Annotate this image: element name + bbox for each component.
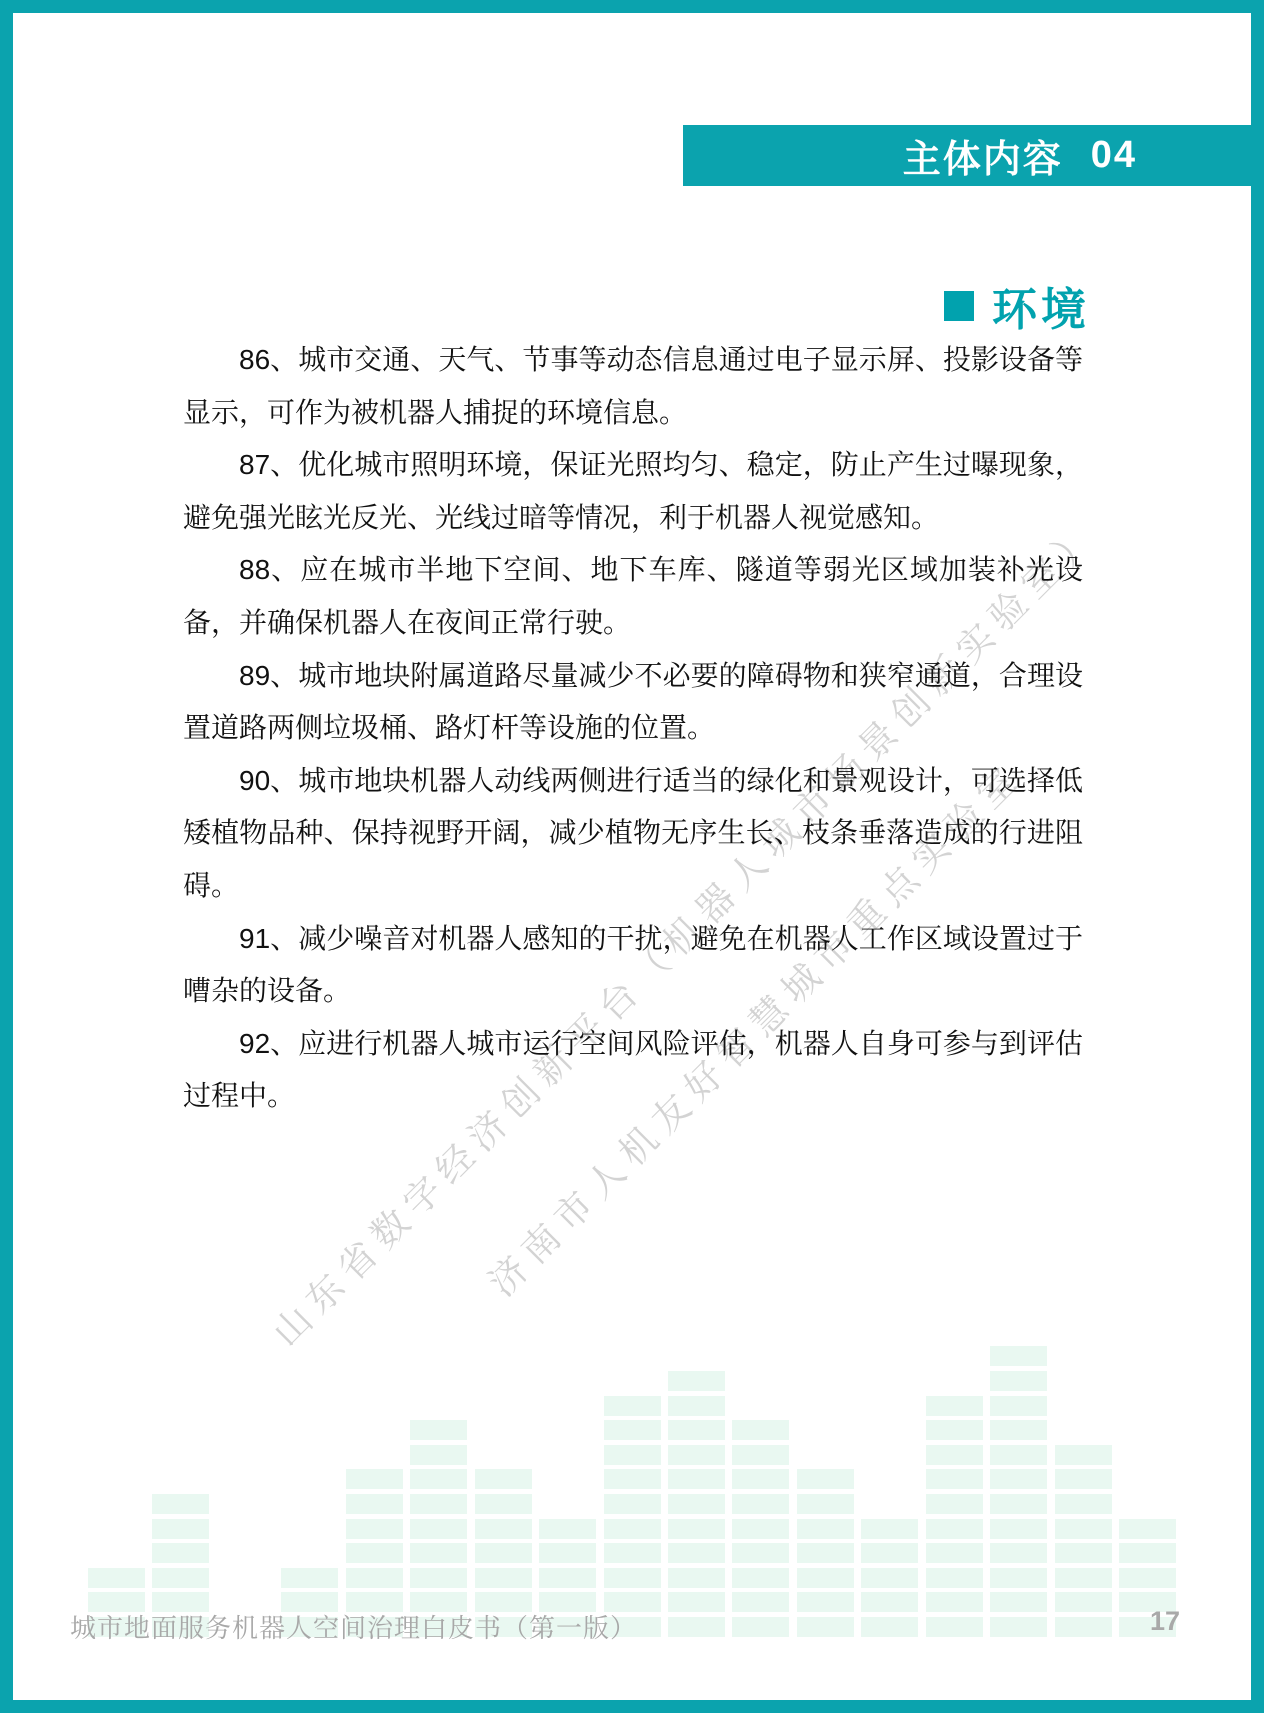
deco-block [346, 1568, 403, 1588]
deco-block [668, 1543, 725, 1563]
deco-block [732, 1469, 789, 1489]
deco-block [926, 1519, 983, 1539]
deco-block [346, 1494, 403, 1514]
deco-block [861, 1543, 918, 1563]
deco-block [539, 1519, 596, 1539]
deco-block [475, 1519, 532, 1539]
deco-block [668, 1494, 725, 1514]
deco-block [1055, 1592, 1112, 1612]
deco-block [281, 1568, 338, 1588]
deco-block [604, 1469, 661, 1489]
deco-block [797, 1568, 854, 1588]
deco-block [410, 1568, 467, 1588]
deco-block [1055, 1469, 1112, 1489]
deco-block [668, 1568, 725, 1588]
deco-block [346, 1469, 403, 1489]
deco-block [475, 1469, 532, 1489]
deco-block [990, 1617, 1047, 1637]
section-heading: 环境 [944, 273, 1090, 338]
deco-block [990, 1469, 1047, 1489]
deco-block [926, 1396, 983, 1416]
deco-block [990, 1420, 1047, 1440]
deco-block [1055, 1568, 1112, 1588]
deco-block [797, 1519, 854, 1539]
deco-block [926, 1568, 983, 1588]
deco-block [732, 1494, 789, 1514]
deco-block [732, 1420, 789, 1440]
deco-block [732, 1617, 789, 1637]
deco-block [926, 1543, 983, 1563]
page-number: 17 [1150, 1606, 1180, 1637]
deco-block [732, 1568, 789, 1588]
paragraph-89: 89、城市地块附属道路尽量减少不必要的障碍物和狭窄通道，合理设置道路两侧垃圾桶、… [183, 650, 1083, 755]
footer-title: 城市地面服务机器人空间治理白皮书（第一版） [70, 1608, 637, 1645]
deco-block [88, 1568, 145, 1588]
deco-block [668, 1420, 725, 1440]
deco-block [410, 1519, 467, 1539]
deco-block [1119, 1543, 1176, 1563]
deco-block [990, 1519, 1047, 1539]
deco-block [152, 1519, 209, 1539]
deco-block [604, 1396, 661, 1416]
deco-block [1055, 1519, 1112, 1539]
deco-block [152, 1568, 209, 1588]
deco-block [861, 1592, 918, 1612]
deco-block [410, 1543, 467, 1563]
deco-block [668, 1617, 725, 1637]
deco-block [797, 1543, 854, 1563]
deco-block [668, 1371, 725, 1391]
deco-block [1119, 1519, 1176, 1539]
deco-block [926, 1617, 983, 1637]
deco-block [410, 1420, 467, 1440]
deco-block [475, 1543, 532, 1563]
deco-block [604, 1445, 661, 1465]
deco-block [475, 1494, 532, 1514]
deco-block [346, 1543, 403, 1563]
deco-block [990, 1396, 1047, 1416]
deco-block [668, 1396, 725, 1416]
chapter-banner: 主体内容 04 [683, 125, 1251, 186]
deco-block [990, 1543, 1047, 1563]
deco-block [732, 1445, 789, 1465]
deco-block [604, 1519, 661, 1539]
deco-block [990, 1371, 1047, 1391]
deco-block [152, 1543, 209, 1563]
deco-block [475, 1568, 532, 1588]
deco-block [1055, 1617, 1112, 1637]
deco-block [604, 1543, 661, 1563]
paragraph-90: 90、城市地块机器人动线两侧进行适当的绿化和景观设计，可选择低矮植物品种、保持视… [183, 755, 1083, 913]
deco-block [732, 1519, 789, 1539]
deco-block [732, 1592, 789, 1612]
chapter-banner-label: 主体内容 [903, 128, 1063, 183]
deco-block [926, 1420, 983, 1440]
deco-block [926, 1469, 983, 1489]
deco-block [797, 1592, 854, 1612]
deco-block [861, 1519, 918, 1539]
deco-block [410, 1469, 467, 1489]
deco-block [668, 1592, 725, 1612]
deco-block [732, 1543, 789, 1563]
deco-block [604, 1494, 661, 1514]
deco-block [861, 1617, 918, 1637]
deco-block [861, 1568, 918, 1588]
deco-block [797, 1494, 854, 1514]
deco-block [926, 1445, 983, 1465]
section-square-icon [944, 291, 974, 321]
deco-block [797, 1617, 854, 1637]
deco-block [1055, 1543, 1112, 1563]
paragraph-87: 87、优化城市照明环境，保证光照均匀、稳定，防止产生过曝现象，避免强光眩光反光、… [183, 439, 1083, 544]
paragraph-88: 88、应在城市半地下空间、地下车库、隧道等弱光区域加装补光设备，并确保机器人在夜… [183, 544, 1083, 649]
paragraph-92: 92、应进行机器人城市运行空间风险评估，机器人自身可参与到评估过程中。 [183, 1018, 1083, 1123]
deco-block [797, 1469, 854, 1489]
chapter-banner-number: 04 [1091, 134, 1137, 177]
deco-block [926, 1494, 983, 1514]
deco-block [926, 1592, 983, 1612]
deco-block [539, 1568, 596, 1588]
deco-block [668, 1519, 725, 1539]
deco-block [604, 1420, 661, 1440]
deco-block [346, 1519, 403, 1539]
body-text: 86、城市交通、天气、节事等动态信息通过电子显示屏、投影设备等显示，可作为被机器… [183, 334, 1083, 1123]
deco-block [990, 1592, 1047, 1612]
deco-block [990, 1346, 1047, 1366]
paragraph-91: 91、减少噪音对机器人感知的干扰，避免在机器人工作区域设置过于嘈杂的设备。 [183, 913, 1083, 1018]
deco-block [990, 1445, 1047, 1465]
section-title: 环境 [992, 273, 1090, 338]
deco-block [604, 1568, 661, 1588]
deco-block [668, 1445, 725, 1465]
deco-block [1119, 1568, 1176, 1588]
deco-block [152, 1494, 209, 1514]
document-page: 山东省数字经济创新平台（机器人城市场景创新实验室） 济南市人机友好智慧城市重点实… [0, 0, 1264, 1713]
deco-block [1055, 1445, 1112, 1465]
paragraph-86: 86、城市交通、天气、节事等动态信息通过电子显示屏、投影设备等显示，可作为被机器… [183, 334, 1083, 439]
deco-block [410, 1494, 467, 1514]
deco-block [1055, 1494, 1112, 1514]
deco-block [539, 1543, 596, 1563]
deco-block [990, 1494, 1047, 1514]
deco-block [990, 1568, 1047, 1588]
deco-block [410, 1445, 467, 1465]
deco-block [668, 1469, 725, 1489]
